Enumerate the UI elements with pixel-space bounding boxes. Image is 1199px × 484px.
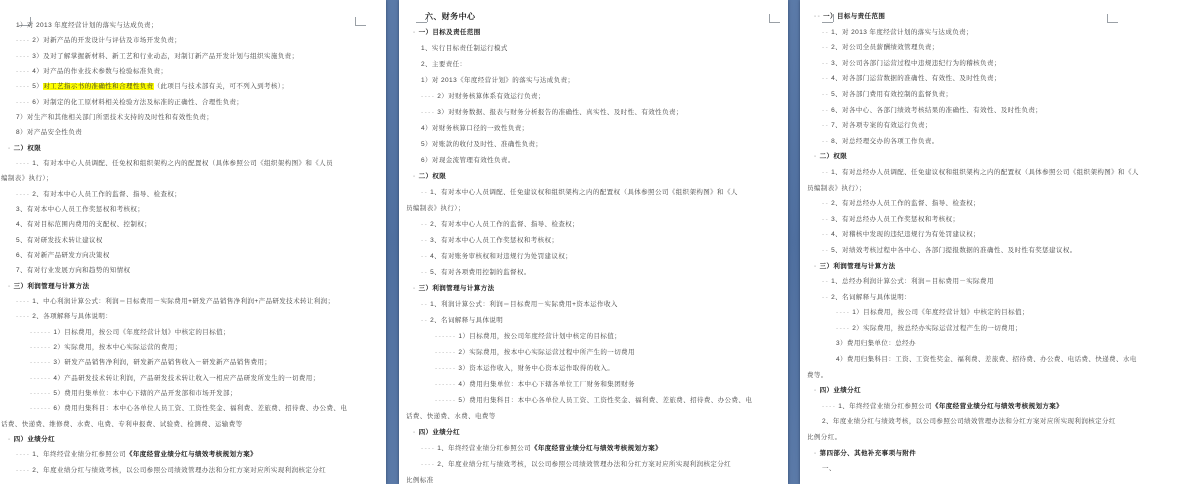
format-marks: -- <box>822 169 829 176</box>
doc-text-line[interactable]: ------2）实际费用，按本中心实际运营过程中所产生的一切费用 <box>399 348 788 364</box>
doc-text-line[interactable]: --2、有对本中心人员工作的监督、指导、检查权； <box>399 220 788 236</box>
doc-text-line[interactable]: ------2）实际费用，按本中心实际运营的费用； <box>0 343 386 358</box>
text-run: 8、对总经理交办的各项工作负责。 <box>831 138 939 145</box>
format-marks: - <box>413 429 417 436</box>
doc-text-line[interactable]: 5、有对研发技术转让建议权 <box>0 236 386 251</box>
doc-heading-line[interactable]: -三）利润管理与计算方法 <box>0 282 386 297</box>
text-run: 6）对制定的化工原材料相关检验方法及标准的正确性、合理性负责； <box>32 99 243 106</box>
format-marks: -- <box>421 301 428 308</box>
doc-heading-line[interactable]: -一）目标及责任范围 <box>399 28 788 44</box>
text-run: 7）对生产和其他相关部门所需技术支持的及时性和有效性负责； <box>16 114 213 121</box>
format-marks: ---- <box>16 313 30 320</box>
format-marks: -- <box>421 237 428 244</box>
doc-text-line[interactable]: ----2）实际费用，按总经办实际运营过程产生的一切费用； <box>800 324 1199 340</box>
doc-text-line[interactable]: --3、有对总经办人员工作奖惩权和考核权； <box>800 215 1199 231</box>
doc-heading-line[interactable]: -四）业绩分红 <box>399 428 788 444</box>
text-run: 5）对账款的收付及时性、准确性负责； <box>421 141 542 148</box>
document-page-2[interactable]: 六、财务中心-一）目标及责任范围1、实行目标责任制运行模式2、主要责任：1）对 … <box>399 0 788 484</box>
bold-text-run: 四）业绩分红 <box>820 387 861 394</box>
doc-text-line[interactable]: ----1、中心利润计算公式：利润＝目标费用－实际费用+研发产品销售净利润+产品… <box>0 297 386 312</box>
bold-text-run: 一）目标与责任范围 <box>823 13 885 20</box>
bold-text-run: 四）业绩分红 <box>419 429 460 436</box>
text-run: 3）及对了解掌握新材料、新工艺和行业动态，对制订新产品开发计划与组织实施负责； <box>32 53 298 60</box>
doc-text-line[interactable]: --2、有对总经办人员工作的监督、指导、检查权； <box>800 199 1199 215</box>
doc-text-line[interactable]: --2、名词解释与具体说明 <box>399 316 788 332</box>
text-run: 4）产品研发技术转让利润，产品研发技术转让收入一相应产品研发所发生的一切费用； <box>53 375 319 382</box>
text-run: 1）目标费用，按公司《年度经营计划》中核定的目标值； <box>852 309 1029 316</box>
text-run: 1、实行目标责任制运行模式 <box>421 45 508 52</box>
text-run: 4、有对目标范围内费用的支配权、控制权； <box>16 221 151 228</box>
doc-heading-line[interactable]: -二）权限 <box>0 144 386 159</box>
format-marks: -- <box>421 189 428 196</box>
doc-text-line[interactable]: --2、对公司全员薪酬绩效管理负责； <box>800 43 1199 59</box>
text-run: 7、对各项专案的有效运行负责； <box>831 122 932 129</box>
text-run: 1、利润计算公式：利润＝目标费用－实际费用+资本运作收入 <box>430 301 618 308</box>
doc-text-line[interactable]: --3、有对本中心人员工作奖惩权和考核权； <box>399 236 788 252</box>
doc-text-line[interactable]: --1、有对总经办人员调配、任免建议权和组织架构之内的配置权（具体参照公司《组织… <box>800 168 1199 184</box>
text-run: 2、名词解释与具体说明 <box>430 317 503 324</box>
format-marks: ---- <box>16 298 30 305</box>
text-run: 员编制表》执行）； <box>807 185 866 192</box>
format-marks: ---- <box>16 467 30 474</box>
format-marks: ---- <box>421 109 435 116</box>
doc-text-line[interactable]: 话费、快递费、水费、电费等 <box>399 412 788 428</box>
doc-text-line[interactable]: ----2、年度业绩分红与绩效考核，以公司参照公司绩效管理办法和分红方案对应所实… <box>399 460 788 476</box>
doc-heading-line[interactable]: -第四部分、其他补充事项与附件 <box>800 449 1199 465</box>
format-marks: ------ <box>30 344 51 351</box>
doc-text-line[interactable]: --5、对各部门费用有效控制的监督负责； <box>800 90 1199 106</box>
doc-text-line[interactable]: ----5）对工艺指示书的准确性和合理性负责（此项目与技术部有关，可不列入到考核… <box>0 82 386 97</box>
text-run: 2）实际费用，按本中心实际运营的费用； <box>53 344 181 351</box>
text-run: 1、年终经营业绩分红参照公司 <box>437 445 531 452</box>
text-run: 6）费用归集科目：本中心各单位人员工资、工资性奖金、福利费、差旅费、招待费、办公… <box>53 405 347 412</box>
format-marks: - <box>413 285 417 292</box>
doc-heading-line[interactable]: -三）利润管理与计算方法 <box>399 284 788 300</box>
format-marks: - <box>413 173 417 180</box>
doc-text-line[interactable]: 一、 <box>800 464 1199 480</box>
format-marks: -- <box>822 122 829 129</box>
bold-text-run: 第四部分、其他补充事项与附件 <box>820 450 917 457</box>
text-run: 5、对各部门费用有效控制的监督负责； <box>831 91 952 98</box>
text-run: 1、中心利润计算公式：利润＝目标费用－实际费用+研发产品销售净利润+产品研发技术… <box>32 298 334 305</box>
format-marks: -- <box>822 294 829 301</box>
text-run: 5、对绩效考核过程中各中心、各部门提报数据的准确性、及时性有奖惩建议权。 <box>831 247 1077 254</box>
doc-text-line[interactable]: ----3）对财务数据、报表与财务分析报告的准确性、真实性、及时性、有效性负责； <box>399 108 788 124</box>
text-run: 2、年度业绩分红与绩效考核，以公司参照公司绩效管理办法和分红方案对应所实现利润核… <box>437 461 731 468</box>
format-marks: ---- <box>16 53 30 60</box>
format-marks: - <box>8 436 12 443</box>
doc-text-line[interactable]: 2、年度业绩分红与绩效考核，以公司参照公司绩效管理办法和分红方案对应所实现利润核… <box>800 417 1199 433</box>
text-run: 2、年度业绩分红与绩效考核，以公司参照公司绩效管理办法和分红方案对应所实现利润核… <box>822 418 1116 425</box>
format-marks: ---- <box>421 461 435 468</box>
format-marks: - <box>814 387 818 394</box>
format-marks: ------ <box>435 333 456 340</box>
text-run: 1）对 2013 年度经营计划的落实与达成负责； <box>16 22 158 29</box>
text-run: 1、年终经营业绩分红参照公司 <box>32 451 126 458</box>
page-text-area: 1）对 2013 年度经营计划的落实与达成负责；----2）对新产品的开发设计与… <box>0 0 386 481</box>
text-run: 1、有对总经办人员调配、任免建议权和组织架构之内的配置权（具体参照公司《组织架构… <box>831 169 1139 176</box>
doc-text-line[interactable]: 3、有对本中心人员工作奖惩权和考核权； <box>0 205 386 220</box>
document-page-3[interactable]: --一）目标与责任范围--1、对 2013 年度经营计划的落实与达成负责；--2… <box>800 0 1199 484</box>
doc-text-line[interactable]: 1、实行目标责任制运行模式 <box>399 44 788 60</box>
format-marks: ------ <box>30 359 51 366</box>
format-marks: -- <box>822 247 829 254</box>
bold-text-run: 《年度经营业绩分红与绩效考核规划方案》 <box>126 451 257 458</box>
doc-text-line[interactable]: --7、对各项专案的有效运行负责； <box>800 121 1199 137</box>
text-run: 1、有对本中心人员调配、任免权和组织架构之内的配置权（具体参照公司《组织架构图》… <box>32 160 333 167</box>
text-run: 话费、快递费、维修费、水费、电费、专利申报费、试验费、检测费、运输费等 <box>1 421 243 428</box>
doc-text-line[interactable]: ----1、年终经营业绩分红参照公司《年度经营业绩分红与绩效考核规划方案》 <box>800 402 1199 418</box>
doc-heading-line[interactable]: --一）目标与责任范围 <box>800 12 1199 28</box>
format-marks: ------ <box>30 329 51 336</box>
text-run: 6、有对新产品研发方向决策权 <box>16 252 110 259</box>
bold-text-run: 三）利润管理与计算方法 <box>419 285 495 292</box>
doc-text-line[interactable]: ----2、年度业绩分红与绩效考核，以公司参照公司绩效管理办法和分红方案对应所实… <box>0 466 386 481</box>
text-run: 1、总经办利润计算公式：利润＝目标费用－实际费用 <box>831 278 994 285</box>
text-run: 4、对各部门运营数据的准确性、有效性、及时性负责； <box>831 75 1001 82</box>
doc-text-line[interactable]: 比例标准 <box>399 476 788 484</box>
doc-text-line[interactable]: 1）对 2013 年度经营计划的落实与达成负责； <box>0 21 386 36</box>
format-marks: - <box>413 29 417 36</box>
format-marks: ------ <box>30 375 51 382</box>
format-marks: -- <box>822 231 829 238</box>
text-run: 1、有对本中心人员调配、任免建议权和组织架构之内的配置权（具体参照公司《组织架构… <box>430 189 738 196</box>
doc-heading-line[interactable]: -二）权限 <box>800 152 1199 168</box>
doc-text-line[interactable]: 7）对生产和其他相关部门所需技术支持的及时性和有效性负责； <box>0 113 386 128</box>
format-marks: - <box>814 263 818 270</box>
doc-text-line[interactable]: 7、有对行业发展方向和趋势的知情权 <box>0 266 386 281</box>
bold-text-run: 二）权限 <box>14 145 42 152</box>
text-run: 员编制表》执行）； <box>406 205 465 212</box>
format-marks: -- <box>822 60 829 67</box>
format-marks: ---- <box>16 83 30 90</box>
text-run: 2、有对本中心人员工作的监督、指导、检查权； <box>32 191 181 198</box>
format-marks: ------ <box>30 390 51 397</box>
bold-text-run: 三）利润管理与计算方法 <box>14 283 90 290</box>
format-marks: ---- <box>16 37 30 44</box>
text-run: 3）资本运作收入，财务中心资本运作取得的收入。 <box>458 365 614 372</box>
format-marks: -- <box>421 317 428 324</box>
document-page-1[interactable]: 1）对 2013 年度经营计划的落实与达成负责；----2）对新产品的开发设计与… <box>0 0 386 484</box>
doc-text-line[interactable]: 4、有对目标范围内费用的支配权、控制权； <box>0 220 386 235</box>
text-run: 3）研发产品销售净利润，研发新产品销售收入－研发新产品销售费用； <box>53 359 271 366</box>
format-marks: ---- <box>16 68 30 75</box>
text-run: 5）费用归集单位：本中心下辖的产品开发部和市场开发部； <box>53 390 236 397</box>
doc-text-line[interactable]: ----2）对新产品的开发设计与评估及市场开发负责； <box>0 36 386 51</box>
text-run: 2）实际费用，按本中心实际运营过程中所产生的一切费用 <box>458 349 635 356</box>
doc-text-line[interactable]: 5）对账款的收付及时性、准确性负责； <box>399 140 788 156</box>
text-run: （此项目与技术部有关，可不列入到考核）； <box>154 83 289 90</box>
text-run: 编制表》执行）； <box>1 175 53 182</box>
format-marks: - <box>814 450 818 457</box>
text-run: 1、年终经营业绩分红参照公司 <box>838 403 932 410</box>
format-marks: ---- <box>16 451 30 458</box>
doc-text-line[interactable]: 员编制表》执行）； <box>399 204 788 220</box>
format-marks: -- <box>814 13 821 20</box>
doc-text-line[interactable]: --1、有对本中心人员调配、任免建议权和组织架构之内的配置权（具体参照公司《组织… <box>399 188 788 204</box>
text-run: 5、有对各项费用控制的监督权。 <box>430 269 531 276</box>
format-marks: -- <box>822 216 829 223</box>
text-run: 5、有对研发技术转让建议权 <box>16 237 103 244</box>
doc-heading-line[interactable]: -二）权限 <box>399 172 788 188</box>
text-run: 3）对财务数据、报表与财务分析报告的准确性、真实性、及时性、有效性负责； <box>437 109 683 116</box>
doc-text-line[interactable]: ----1、有对本中心人员调配、任免权和组织架构之内的配置权（具体参照公司《组织… <box>0 159 386 174</box>
format-marks: ------ <box>435 397 456 404</box>
text-run: 2、名词解释与具体说明： <box>831 294 911 301</box>
bold-text-run: 四）业绩分红 <box>14 436 55 443</box>
doc-text-line[interactable]: --2、名词解释与具体说明： <box>800 293 1199 309</box>
format-marks: ---- <box>421 93 435 100</box>
doc-text-line[interactable]: 话费、快递费、维修费、水费、电费、专利申报费、试验费、检测费、运输费等 <box>0 420 386 435</box>
format-marks: -- <box>822 29 829 36</box>
text-run: 2、主要责任： <box>421 61 466 68</box>
text-run: 2）对财务核算体系有效运行负责； <box>437 93 545 100</box>
doc-text-line[interactable]: ----2、有对本中心人员工作的监督、指导、检查权； <box>0 190 386 205</box>
doc-text-line[interactable]: ----2）对财务核算体系有效运行负责； <box>399 92 788 108</box>
text-run: 2）对新产品的开发设计与评估及市场开发负责； <box>32 37 181 44</box>
format-marks: -- <box>822 278 829 285</box>
doc-heading-line[interactable]: 六、财务中心 <box>399 12 788 28</box>
bold-text-run: 二）权限 <box>419 173 447 180</box>
text-run: 2）实际费用，按总经办实际运营过程产生的一切费用； <box>852 325 1022 332</box>
text-run: 2、各项解释与具体说明： <box>32 313 112 320</box>
doc-text-line[interactable]: --4、对稽核中发现的违纪违规行为有处罚建议权； <box>800 230 1199 246</box>
doc-text-line[interactable]: ----3）及对了解掌握新材料、新工艺和行业动态，对制订新产品开发计划与组织实施… <box>0 52 386 67</box>
text-run: 一、 <box>822 465 836 472</box>
text-run: 4）费用归集科目：工资、工资性奖金、福利费、差旅费、招待费、办公费、电话费、快递… <box>836 356 1137 363</box>
doc-text-line[interactable]: --1、总经办利润计算公式：利润＝目标费用－实际费用 <box>800 277 1199 293</box>
text-run: 2、有对本中心人员工作的监督、指导、检查权； <box>430 221 579 228</box>
format-marks: ---- <box>421 445 435 452</box>
doc-text-line[interactable]: --6、对各中心、各部门绩效考核结果的准确性、有效性、及时性负责； <box>800 106 1199 122</box>
doc-text-line[interactable]: ----6）对制定的化工原材料相关检验方法及标准的正确性、合理性负责； <box>0 98 386 113</box>
bold-text-run: 二）权限 <box>820 153 848 160</box>
format-marks: ---- <box>822 403 836 410</box>
highlighted-text: 对工艺指示书的准确性和合理性负责 <box>43 83 153 90</box>
doc-text-line[interactable]: 费等。 <box>800 371 1199 387</box>
text-run: 3、对公司各部门运营过程中违规违纪行为的稽核负责； <box>831 60 1001 67</box>
text-run: 4、有对账务审核权和对违规行为处罚建议权； <box>430 253 572 260</box>
text-run: 1、对 2013 年度经营计划的落实与达成负责； <box>831 29 973 36</box>
text-run: 6）对现金流管理有效性负责。 <box>421 157 515 164</box>
doc-text-line[interactable]: --4、对各部门运营数据的准确性、有效性、及时性负责； <box>800 74 1199 90</box>
doc-text-line[interactable]: --4、有对账务审核权和对违规行为处罚建议权； <box>399 252 788 268</box>
doc-text-line[interactable]: ------3）研发产品销售净利润，研发新产品销售收入－研发新产品销售费用； <box>0 358 386 373</box>
page-text-area: 六、财务中心-一）目标及责任范围1、实行目标责任制运行模式2、主要责任：1）对 … <box>399 0 788 484</box>
doc-text-line[interactable]: --1、对 2013 年度经营计划的落实与达成负责； <box>800 28 1199 44</box>
text-run: 4）费用归集单位：本中心下辖各单位工厂财务和集团财务 <box>458 381 635 388</box>
text-run: 4）对财务核算口径的一致性负责； <box>421 125 529 132</box>
doc-text-line[interactable]: --5、有对各项费用控制的监督权。 <box>399 268 788 284</box>
text-run: 比例标准 <box>406 477 434 484</box>
doc-heading-line[interactable]: -四）业绩分红 <box>0 435 386 450</box>
doc-text-line[interactable]: 2、主要责任： <box>399 60 788 76</box>
doc-text-line[interactable]: ------1）目标费用，按公司《年度经营计划》中核定的目标值； <box>0 328 386 343</box>
format-marks: ------ <box>435 381 456 388</box>
doc-text-line[interactable]: ------4）产品研发技术转让利润，产品研发技术转让收入一相应产品研发所发生的… <box>0 374 386 389</box>
doc-text-line[interactable]: 编制表》执行）； <box>0 174 386 189</box>
format-marks: ------ <box>30 405 51 412</box>
doc-text-line[interactable]: --1、利润计算公式：利润＝目标费用－实际费用+资本运作收入 <box>399 300 788 316</box>
doc-text-line[interactable]: 8）对产品安全性负责 <box>0 128 386 143</box>
text-run: 比例分红。 <box>807 434 842 441</box>
doc-heading-line[interactable]: -三）利润管理与计算方法 <box>800 262 1199 278</box>
format-marks: -- <box>421 269 428 276</box>
doc-text-line[interactable]: 3）费用归集单位：总经办 <box>800 339 1199 355</box>
format-marks: -- <box>822 200 829 207</box>
doc-text-line[interactable]: 1）对 2013《年度经营计划》的落实与达成负责； <box>399 76 788 92</box>
text-run: 6、对各中心、各部门绩效考核结果的准确性、有效性、及时性负责； <box>831 107 1042 114</box>
document-canvas: 1）对 2013 年度经营计划的落实与达成负责；----2）对新产品的开发设计与… <box>0 0 1199 484</box>
format-marks: - <box>8 145 12 152</box>
bold-text-run: 《年度经营业绩分红与绩效考核规划方案》 <box>531 445 662 452</box>
format-marks: ---- <box>16 160 30 167</box>
doc-heading-line[interactable]: -四）业绩分红 <box>800 386 1199 402</box>
text-run: 2、对公司全员薪酬绩效管理负责； <box>831 44 939 51</box>
bold-text-run: 一）目标及责任范围 <box>419 29 481 36</box>
text-run: 2、有对总经办人员工作的监督、指导、检查权； <box>831 200 980 207</box>
text-run: 1）目标费用，按公司《年度经营计划》中核定的目标值； <box>53 329 230 336</box>
doc-text-line[interactable]: 4）费用归集科目：工资、工资性奖金、福利费、差旅费、招待费、办公费、电话费、快递… <box>800 355 1199 371</box>
text-run: 2、年度业绩分红与绩效考核，以公司参照公司绩效管理办法和分红方案对应所实现利润核… <box>32 467 326 474</box>
format-marks: ------ <box>435 349 456 356</box>
format-marks: ------ <box>435 365 456 372</box>
text-run: 4）对产品的作业技术参数与检验标准负责； <box>32 68 167 75</box>
format-marks: -- <box>822 107 829 114</box>
format-marks: ---- <box>836 325 850 332</box>
doc-text-line[interactable]: ------6）费用归集科目：本中心各单位人员工资、工资性奖金、福利费、差旅费、… <box>0 404 386 419</box>
text-run: 费等。 <box>807 372 828 379</box>
bold-text-run: 三）利润管理与计算方法 <box>820 263 896 270</box>
doc-text-line[interactable]: 比例分红。 <box>800 433 1199 449</box>
format-marks: -- <box>822 75 829 82</box>
format-marks: -- <box>822 91 829 98</box>
text-run: 3、有对总经办人员工作奖惩权和考核权； <box>831 216 959 223</box>
format-marks: -- <box>822 138 829 145</box>
format-marks: - <box>814 153 818 160</box>
doc-text-line[interactable]: 4）对财务核算口径的一致性负责； <box>399 124 788 140</box>
format-marks: ---- <box>16 191 30 198</box>
doc-text-line[interactable]: ----1）目标费用，按公司《年度经营计划》中核定的目标值； <box>800 308 1199 324</box>
doc-text-line[interactable]: ----1、年终经营业绩分红参照公司《年度经营业绩分红与绩效考核规划方案》 <box>0 450 386 465</box>
format-marks: -- <box>822 44 829 51</box>
format-marks: - <box>8 283 12 290</box>
text-run: 1）目标费用，按公司年度经营计划中核定的目标值； <box>458 333 621 340</box>
doc-text-line[interactable]: 员编制表》执行）； <box>800 184 1199 200</box>
doc-text-line[interactable]: --3、对公司各部门运营过程中违规违纪行为的稽核负责； <box>800 59 1199 75</box>
doc-text-line[interactable]: ------1）目标费用，按公司年度经营计划中核定的目标值； <box>399 332 788 348</box>
format-marks: ---- <box>836 309 850 316</box>
doc-text-line[interactable]: 6、有对新产品研发方向决策权 <box>0 251 386 266</box>
format-marks: -- <box>421 221 428 228</box>
text-run: 7、有对行业发展方向和趋势的知情权 <box>16 267 130 274</box>
doc-text-line[interactable]: ----4）对产品的作业技术参数与检验标准负责； <box>0 67 386 82</box>
text-run: 8）对产品安全性负责 <box>16 129 82 136</box>
text-run: 5） <box>32 83 43 90</box>
doc-text-line[interactable]: --8、对总经理交办的各项工作负责。 <box>800 137 1199 153</box>
format-marks: -- <box>421 253 428 260</box>
doc-text-line[interactable]: ------5）费用归集科目：本中心各单位人员工资、工资性奖金、福利费、差旅费、… <box>399 396 788 412</box>
text-run: 3、有对本中心人员工作奖惩权和考核权； <box>16 206 144 213</box>
doc-text-line[interactable]: ------5）费用归集单位：本中心下辖的产品开发部和市场开发部； <box>0 389 386 404</box>
doc-text-line[interactable]: ----1、年终经营业绩分红参照公司《年度经营业绩分红与绩效考核规划方案》 <box>399 444 788 460</box>
doc-text-line[interactable]: --5、对绩效考核过程中各中心、各部门提报数据的准确性、及时性有奖惩建议权。 <box>800 246 1199 262</box>
text-run: 4、对稽核中发现的违纪违规行为有处罚建议权； <box>831 231 980 238</box>
bold-text-run: 《年度经营业绩分红与绩效考核规划方案》 <box>932 403 1063 410</box>
page-text-area: --一）目标与责任范围--1、对 2013 年度经营计划的落实与达成负责；--2… <box>800 0 1199 480</box>
text-run: 3、有对本中心人员工作奖惩权和考核权； <box>430 237 558 244</box>
doc-text-line[interactable]: ------3）资本运作收入，财务中心资本运作取得的收入。 <box>399 364 788 380</box>
text-run: 3）费用归集单位：总经办 <box>836 340 916 347</box>
text-run: 话费、快递费、水费、电费等 <box>406 413 496 420</box>
text-run: 1）对 2013《年度经营计划》的落实与达成负责； <box>421 77 574 84</box>
format-marks: ---- <box>16 99 30 106</box>
doc-text-line[interactable]: 6）对现金流管理有效性负责。 <box>399 156 788 172</box>
text-run: 5）费用归集科目：本中心各单位人员工资、工资性奖金、福利费、差旅费、招待费、办公… <box>458 397 752 404</box>
doc-text-line[interactable]: ----2、各项解释与具体说明： <box>0 312 386 327</box>
doc-text-line[interactable]: ------4）费用归集单位：本中心下辖各单位工厂财务和集团财务 <box>399 380 788 396</box>
bold-text-run: 六、财务中心 <box>425 12 475 21</box>
